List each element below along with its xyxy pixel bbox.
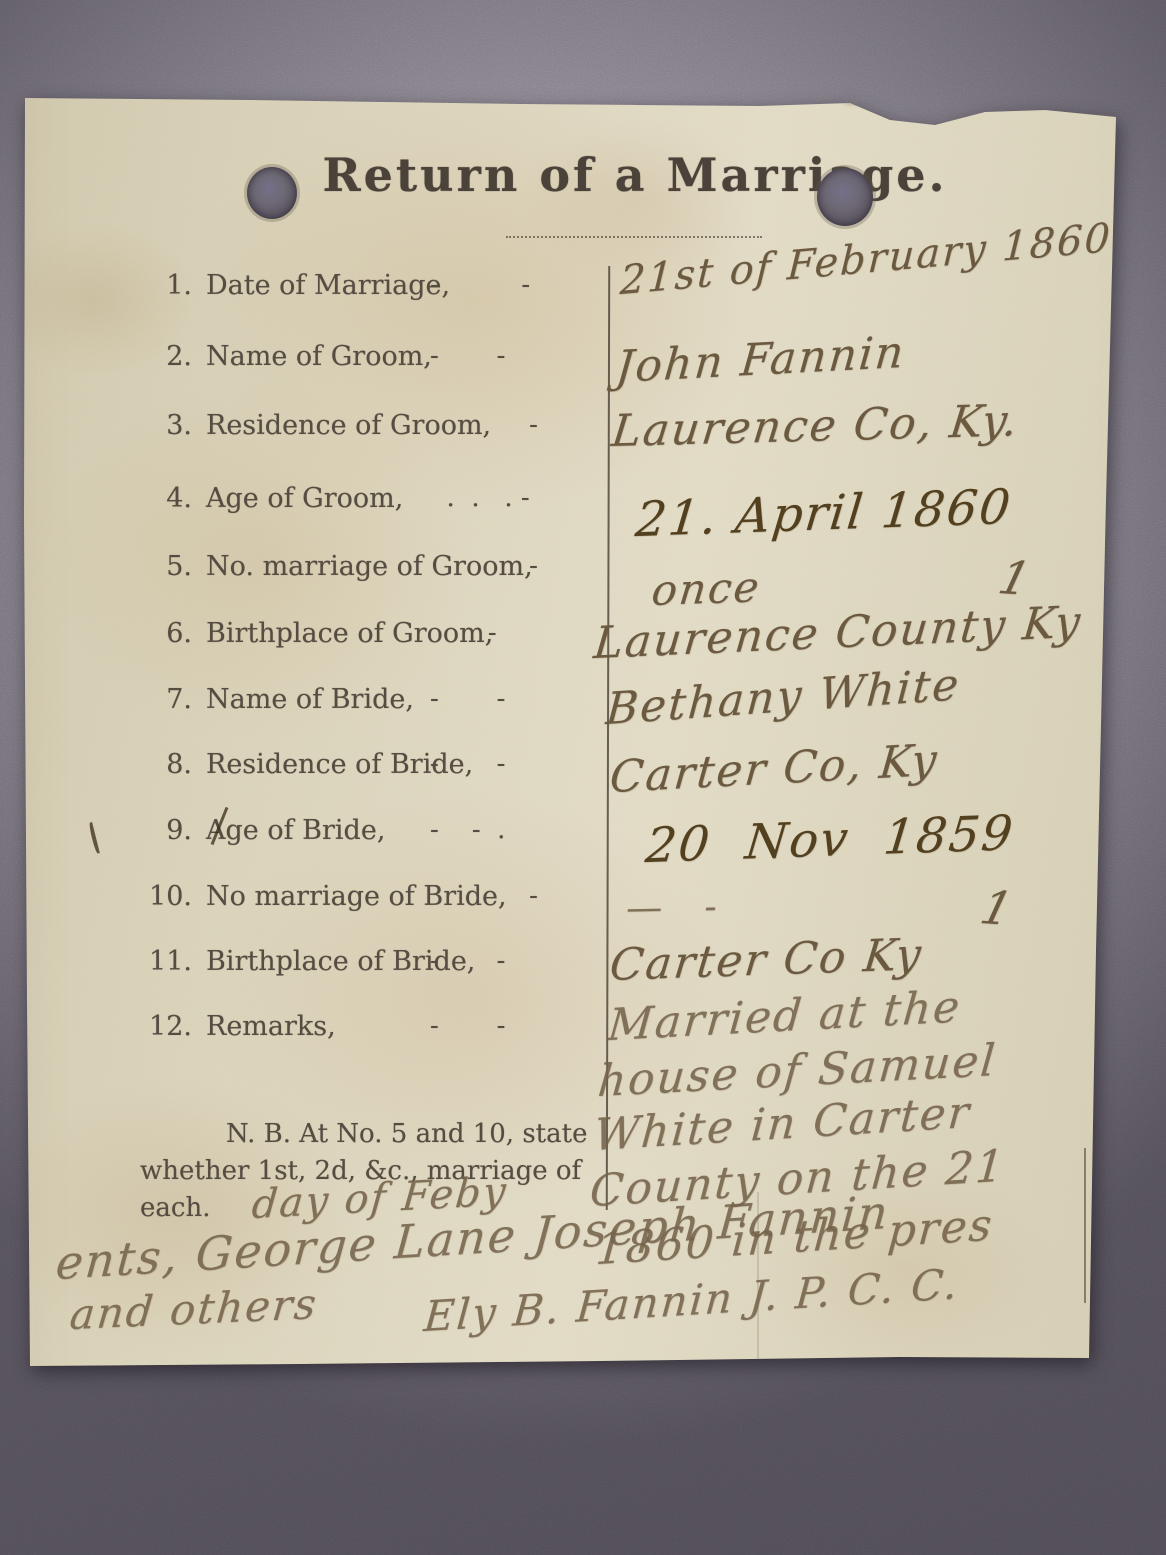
item-number: 3. (140, 410, 206, 441)
item-number: 4. (140, 483, 206, 514)
entry-residence-of-groom: Laurence Co, Ky. (609, 395, 1022, 457)
form-item-remarks: 12. Remarks, - - (140, 1011, 336, 1042)
form-item-age-of-groom: 4. Age of Groom, . . . - (140, 483, 403, 514)
form-item-name-of-groom: 2. Name of Groom, - - (140, 341, 432, 372)
form-item-date-of-marriage: 1. Date of Marriage, - - (140, 270, 450, 301)
item-label: Name of Bride, (206, 684, 414, 715)
item-label: Remarks, (206, 1011, 336, 1042)
item-number: 1. (140, 270, 206, 301)
form-item-name-of-bride: 7. Name of Bride, - - (140, 684, 414, 715)
item-number: 6. (140, 618, 206, 649)
form-item-no-marriage-of-groom: 5. No. marriage of Groom, - (140, 551, 533, 582)
torn-top-edge-shade (845, 98, 1045, 108)
form-item-birthplace-of-bride: 11. Birthplace of Bride, - - (140, 946, 475, 977)
note-line-1: N. B. At No. 5 and 10, state (140, 1116, 620, 1153)
punch-hole-left (247, 167, 297, 219)
right-margin-line (1084, 1148, 1086, 1303)
paper-shadow-wrap: Return of a Marriage. 1. Date of Marriag… (0, 0, 1166, 1555)
item-label: Age of Bride, (206, 815, 385, 846)
item-number: 7. (140, 684, 206, 715)
entry-no-marriage-of-bride-dash: — - (626, 886, 719, 929)
item-label: Name of Groom, (206, 341, 432, 372)
form-item-residence-of-groom: 3. Residence of Groom, - (140, 410, 491, 441)
punch-hole-right (817, 168, 873, 226)
paper-sheet: Return of a Marriage. 1. Date of Marriag… (0, 0, 1166, 1555)
item-number: 8. (140, 749, 206, 780)
item-number: 9. (140, 815, 206, 846)
form-item-no-marriage-of-bride: 10. No marriage of Bride, - (140, 881, 507, 912)
form-item-residence-of-bride: 8. Residence of Bride, - - (140, 749, 473, 780)
photo-of-marriage-return-document: Return of a Marriage. 1. Date of Marriag… (0, 0, 1166, 1555)
form-item-birthplace-of-groom: 6. Birthplace of Groom, - (140, 618, 493, 649)
title-divider-dotted-line (506, 236, 762, 238)
item-number: 2. (140, 341, 206, 372)
entry-no-marriage-of-groom: once (649, 562, 763, 615)
item-number: 12. (140, 1011, 206, 1042)
item-label: Date of Marriage, (206, 270, 450, 301)
item-number: 11. (140, 946, 206, 977)
item-number: 10. (140, 881, 206, 912)
document-title: Return of a Marriage. (280, 148, 990, 202)
form-item-age-of-bride: 9. Age of Bride, - - . (140, 815, 385, 846)
item-label: Age of Groom, (206, 483, 403, 514)
item-number: 5. (140, 551, 206, 582)
